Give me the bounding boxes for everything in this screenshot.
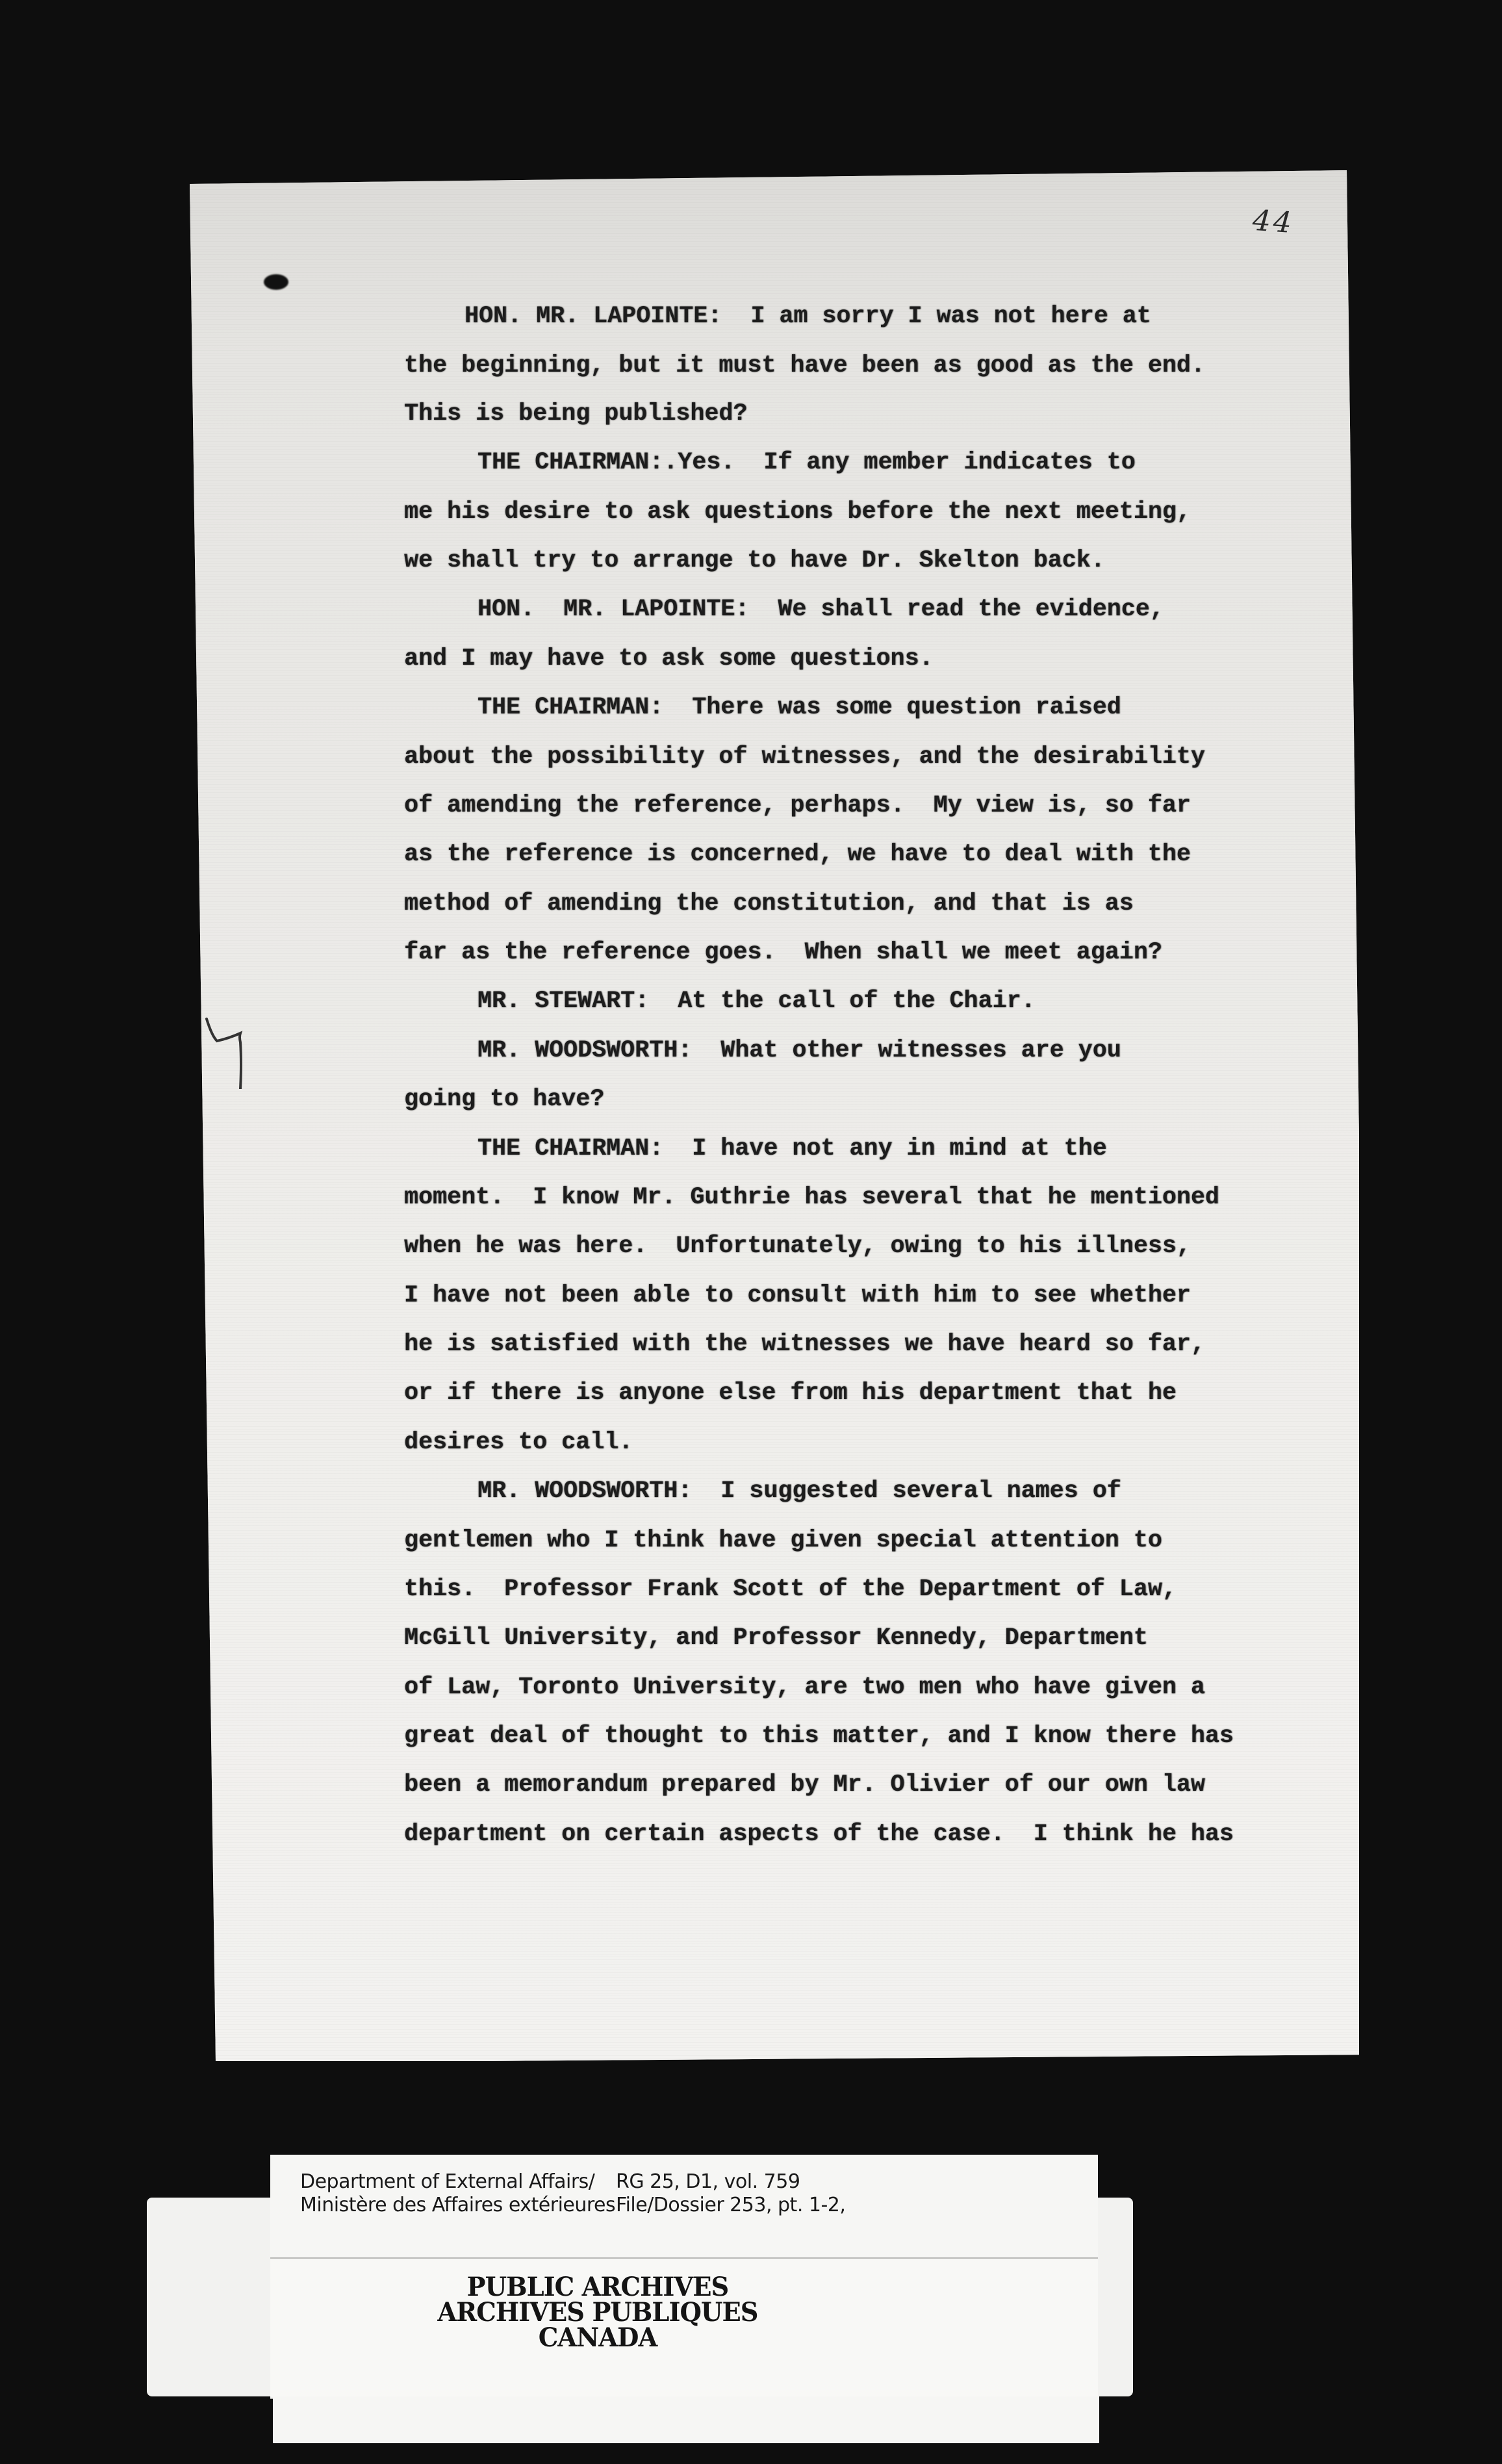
label-department-fr: Ministère des Affaires extérieures	[300, 2194, 615, 2217]
text-line: going to have?	[404, 1086, 604, 1112]
text-line: McGill University, and Professor Kennedy…	[404, 1625, 1148, 1651]
label-reference: RG 25, D1, vol. 759	[616, 2170, 800, 2194]
stamp-line-1: PUBLIC ARCHIVES	[411, 2274, 785, 2300]
handwritten-page-number: 44	[1251, 204, 1295, 240]
text-line: desires to call.	[404, 1430, 633, 1456]
label-file: File/Dossier 253, pt. 1-2,	[616, 2194, 845, 2217]
text-line: department on certain aspects of the cas…	[404, 1821, 1234, 1847]
text-line: the beginning, but it must have been as …	[404, 353, 1205, 379]
text-line: MR. WOODSWORTH: I suggested several name…	[477, 1478, 1121, 1504]
text-line: THE CHAIRMAN:.Yes. If any member indicat…	[477, 450, 1136, 476]
text-line: THE CHAIRMAN: There was some question ra…	[477, 695, 1121, 721]
text-line: far as the reference goes. When shall we…	[404, 940, 1162, 966]
text-line: we shall try to arrange to have Dr. Skel…	[404, 548, 1105, 574]
text-line: HON. MR. LAPOINTE: I am sorry I was not …	[465, 303, 1151, 329]
text-line: me his desire to ask questions before th…	[404, 499, 1191, 525]
text-line: MR. WOODSWORTH: What other witnesses are…	[477, 1038, 1121, 1064]
text-line: moment. I know Mr. Guthrie has several t…	[404, 1185, 1219, 1211]
text-line: I have not been able to consult with him…	[404, 1283, 1191, 1309]
text-line: about the possibility of witnesses, and …	[404, 744, 1205, 770]
stamp-line-3: CANADA	[411, 2325, 785, 2350]
pencil-bracket-mark	[203, 1011, 243, 1089]
archive-label-bottom	[273, 2396, 1099, 2443]
archives-stamp: PUBLIC ARCHIVES ARCHIVES PUBLIQUES CANAD…	[411, 2274, 785, 2350]
stamp-line-2: ARCHIVES PUBLIQUES	[411, 2300, 785, 2325]
text-line: and I may have to ask some questions.	[404, 646, 934, 672]
text-line: he is satisfied with the witnesses we ha…	[404, 1331, 1205, 1357]
text-line: method of amending the constitution, and…	[404, 891, 1134, 917]
text-line: This is being published?	[404, 401, 747, 427]
text-line: of amending the reference, perhaps. My v…	[404, 793, 1191, 819]
text-line: THE CHAIRMAN: I have not any in mind at …	[477, 1136, 1107, 1162]
label-department-en: Department of External Affairs/	[300, 2170, 594, 2194]
text-line: been a memorandum prepared by Mr. Olivie…	[404, 1772, 1205, 1798]
text-line: of Law, Toronto University, are two men …	[404, 1675, 1205, 1700]
text-line: or if there is anyone else from his depa…	[404, 1380, 1177, 1406]
text-line: this. Professor Frank Scott of the Depar…	[404, 1576, 1177, 1602]
text-line: when he was here. Unfortunately, owing t…	[404, 1233, 1191, 1259]
text-line: great deal of thought to this matter, an…	[404, 1723, 1234, 1749]
text-line: gentlemen who I think have given special…	[404, 1528, 1162, 1554]
punch-hole	[264, 274, 288, 290]
text-line: as the reference is concerned, we have t…	[404, 841, 1191, 867]
text-line: MR. STEWART: At the call of the Chair.	[477, 988, 1036, 1014]
text-line: HON. MR. LAPOINTE: We shall read the evi…	[477, 597, 1164, 622]
